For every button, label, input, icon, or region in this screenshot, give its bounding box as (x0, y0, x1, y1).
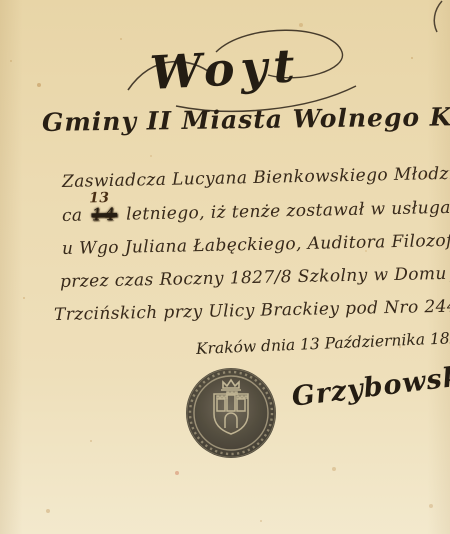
dateline: Kraków dnia 13 Października 1828. (196, 328, 450, 358)
inserted-correction: 13 (89, 190, 110, 206)
body-line-2-post: letniego, iż tenże zostawał w usługach (126, 197, 450, 224)
correction-group: 1314 (87, 205, 121, 226)
struck-out-text: 14 (87, 205, 121, 226)
body-line-4: przez czas Roczny 1827/8 Szkolny w Domu … (60, 263, 450, 292)
body-line-3: u Wgo Juliana Łabęckiego, Auditora Filoz… (62, 231, 450, 259)
body-line-5: Trzcińskich przy Ulicy Brackiey pod Nro … (54, 296, 450, 325)
body-line-2-pre: ca (62, 206, 83, 226)
document-subtitle: Gminy II Miasta Wolnego Krakowa (42, 101, 450, 137)
document-page: Woyt Gminy II Miasta Wolnego Krakowa Zas… (0, 0, 450, 534)
body-line-2: ca1314letniego, iż tenże zostawał w usłu… (62, 197, 450, 226)
paper-foxing-spots (0, 0, 2, 2)
body-line-1: Zaswiadcza Lucyana Bienkowskiego Młodzie… (62, 163, 450, 192)
official-ink-seal-icon (183, 366, 279, 462)
signature: Grzybowski (290, 360, 450, 413)
document-title: Woyt (149, 38, 302, 100)
corner-pen-stroke (420, 0, 450, 34)
